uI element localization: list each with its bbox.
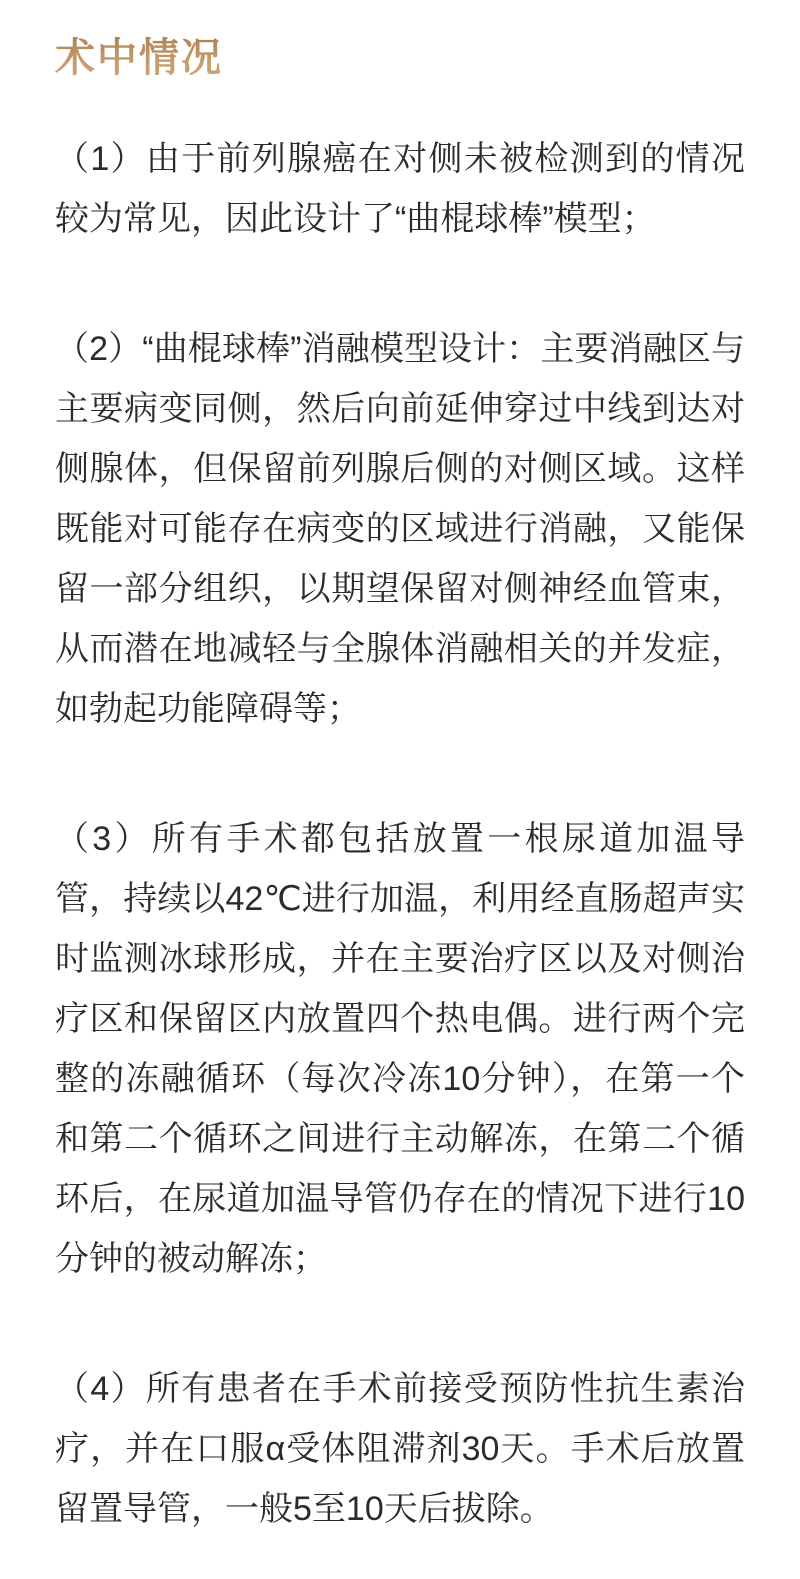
paragraph-2: （2）“曲棍球棒”消融模型设计：主要消融区与主要病变同侧，然后向前延伸穿过中线到…: [55, 319, 745, 739]
paragraph-1: （1）由于前列腺癌在对侧未被检测到的情况较为常见，因此设计了“曲棍球棒”模型；: [55, 129, 745, 249]
article-page: 术中情况 （1）由于前列腺癌在对侧未被检测到的情况较为常见，因此设计了“曲棍球棒…: [0, 0, 800, 1579]
article-body: （1）由于前列腺癌在对侧未被检测到的情况较为常见，因此设计了“曲棍球棒”模型； …: [55, 129, 745, 1539]
section-title: 术中情况: [55, 30, 745, 86]
paragraph-3: （3）所有手术都包括放置一根尿道加温导管，持续以42℃进行加温，利用经直肠超声实…: [55, 809, 745, 1289]
paragraph-4: （4）所有患者在手术前接受预防性抗生素治疗，并在口服α受体阻滞剂30天。手术后放…: [55, 1359, 745, 1539]
